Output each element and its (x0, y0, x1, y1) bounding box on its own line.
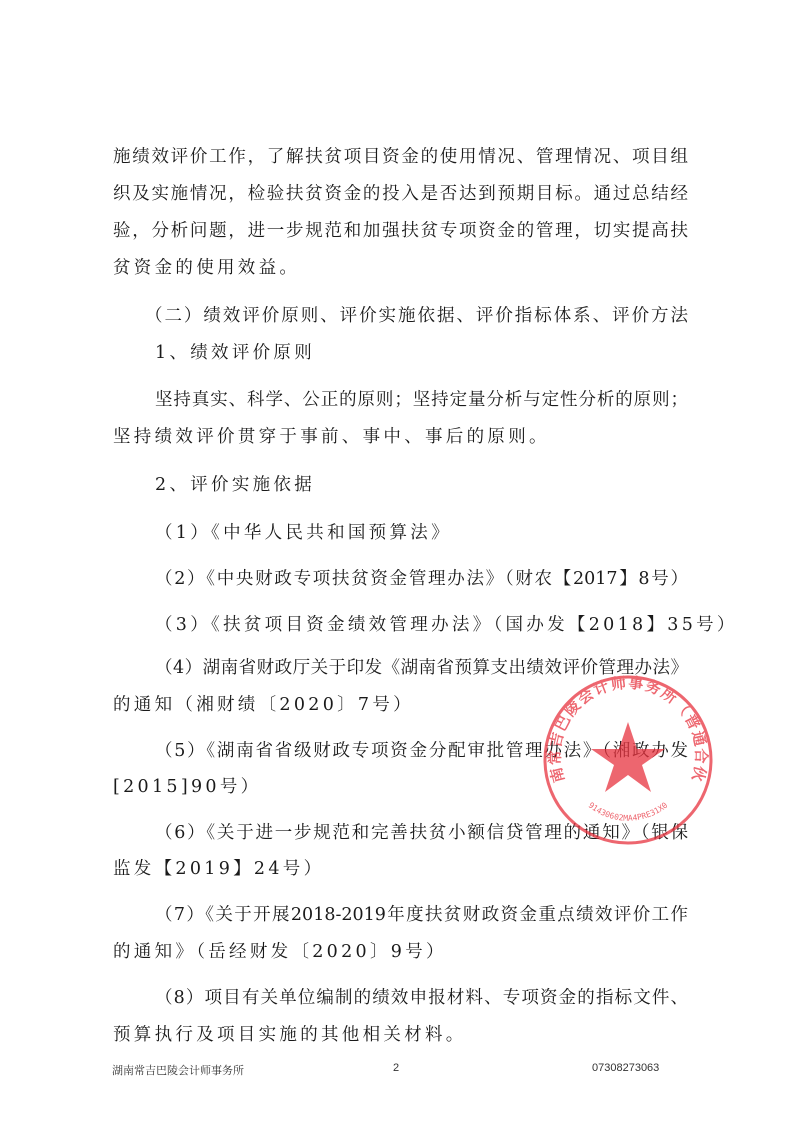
footer-phone: 07308273063 (592, 1062, 659, 1074)
section-heading: （二）绩效评价原则、评价实施依据、评价指标体系、评价方法 (145, 305, 688, 327)
basis-item-8-line-1: （8）项目有关单位编制的绩效申报材料、专项资金的指标文件、 (155, 987, 688, 1009)
basis-item-8-line-2: 预算执行及项目实施的其他相关材料。 (113, 1024, 467, 1046)
basis-item-3: （3）《扶贫项目资金绩效管理办法》（国办发【2018】35号） (155, 614, 738, 636)
document-page: 施绩效评价工作，了解扶贫项目资金的使用情况、管理情况、项目组 织及实施情况，检验… (0, 0, 793, 1121)
intro-line-1: 施绩效评价工作，了解扶贫项目资金的使用情况、管理情况、项目组 (113, 146, 688, 168)
basis-item-4-line-2: 的通知（湘财绩〔2020〕7号） (113, 694, 414, 716)
basis-item-7-line-2: 的通知》（岳经财发〔2020〕9号） (113, 941, 447, 963)
svg-text:湖南常吉巴陵会计师事务所（普通合伙）: 湖南常吉巴陵会计师事务所（普通合伙） (538, 670, 710, 785)
intro-line-3: 验，分析问题，进一步规范和加强扶贫专项资金的管理，切实提高扶 (113, 220, 688, 242)
basis-item-5-line-1: （5）《湖南省省级财政专项资金分配审批管理办法》（湘政办发 (155, 740, 688, 762)
basis-item-6-line-1: （6）《关于进一步规范和完善扶贫小额信贷管理的通知》（银保 (155, 822, 688, 844)
basis-item-4-line-1: （4）湖南省财政厅关于印发《湖南省预算支出绩效评价管理办法》 (155, 657, 688, 679)
basis-item-1: （1）《中华人民共和国预算法》 (155, 522, 452, 544)
footer-firm-name: 湖南常吉巴陵会计师事务所 (112, 1062, 244, 1078)
svg-text:91430602MA4PRE31X0: 91430602MA4PRE31X0 (587, 800, 670, 822)
intro-line-2: 织及实施情况，检验扶贫资金的投入是否达到预期目标。通过总结经 (113, 183, 688, 205)
basis-item-5-line-2: [2015]90号） (113, 776, 261, 798)
subsection-2-title: 2、评价实施依据 (155, 474, 315, 496)
subsection-1-title: 1、绩效评价原则 (155, 342, 315, 364)
basis-item-7-line-1: （7）《关于开展2018-2019年度扶贫财政资金重点绩效评价工作 (155, 904, 688, 926)
basis-item-6-line-2: 监发【2019】24号） (113, 858, 324, 880)
footer-page-number: 2 (393, 1062, 399, 1074)
subsection-1-line-2: 坚持绩效评价贯穿于事前、事中、事后的原则。 (113, 426, 688, 448)
basis-item-2: （2）《中央财政专项扶贫资金管理办法》（财农【2017】8号） (155, 568, 688, 590)
intro-line-4: 贫资金的使用效益。 (113, 257, 688, 279)
subsection-1-line-1: 坚持真实、科学、公正的原则；坚持定量分析与定性分析的原则； (155, 389, 688, 411)
